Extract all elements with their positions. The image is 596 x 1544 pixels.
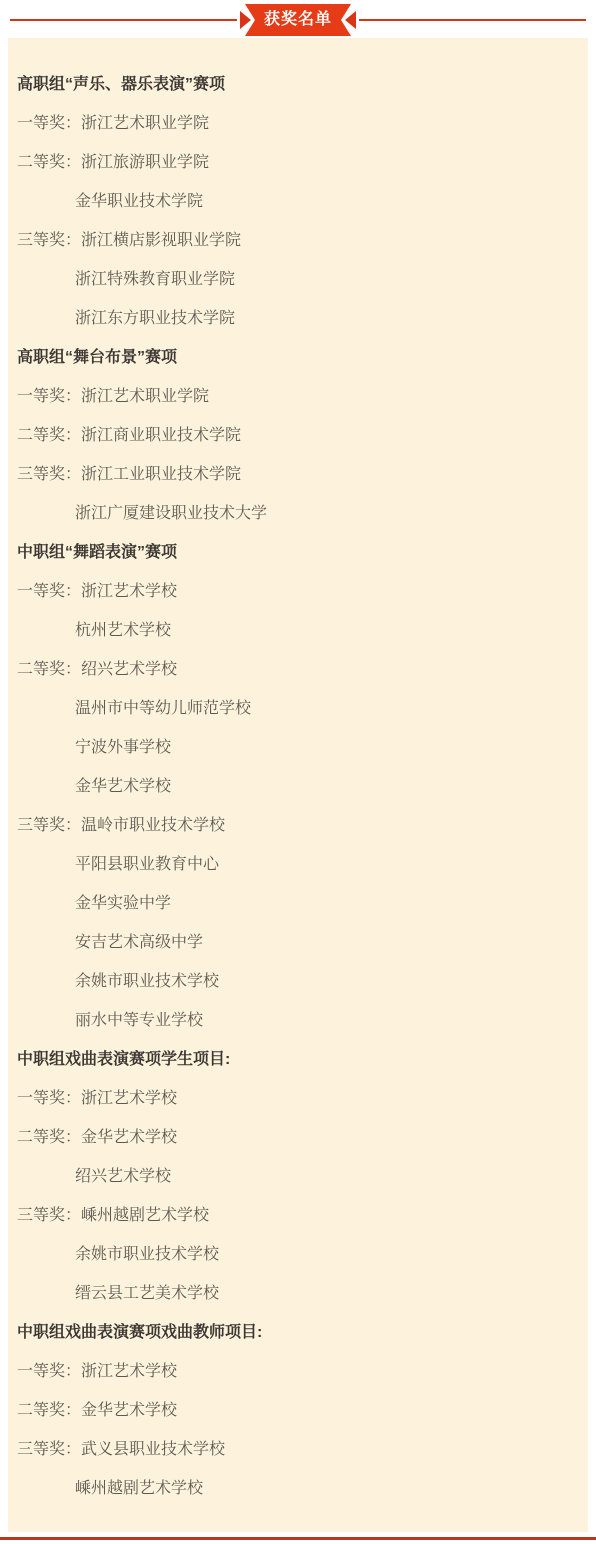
award-row: 余姚市职业技术学校 (17, 960, 572, 999)
award-row: 一等奖：浙江艺术学校 (17, 570, 572, 609)
divider-line-right (359, 19, 586, 21)
award-row: 三等奖：浙江横店影视职业学院 (17, 219, 572, 258)
award-row: 嵊州越剧艺术学校 (17, 1467, 572, 1506)
award-rank-label: 二等奖： (17, 149, 81, 172)
school-name: 浙江艺术职业学院 (81, 383, 209, 406)
section-heading: 高职组“舞台布景”赛项 (17, 336, 572, 375)
award-row: 浙江东方职业技术学院 (17, 297, 572, 336)
school-name: 嵊州越剧艺术学校 (81, 1202, 209, 1225)
award-row: 缙云县工艺美术学校 (17, 1272, 572, 1311)
school-name: 武义县职业技术学校 (81, 1436, 225, 1459)
school-name: 金华职业技术学院 (75, 188, 203, 211)
school-name: 温岭市职业技术学校 (81, 812, 225, 835)
award-row: 丽水中等专业学校 (17, 999, 572, 1038)
award-rank-label: 一等奖： (17, 383, 81, 406)
award-row: 三等奖：嵊州越剧艺术学校 (17, 1194, 572, 1233)
banner-title: 获奖名单 (264, 12, 332, 28)
award-rank-label: 一等奖： (17, 578, 81, 601)
school-name: 浙江艺术学校 (81, 578, 177, 601)
school-name: 丽水中等专业学校 (75, 1007, 203, 1030)
bottom-divider (0, 1537, 596, 1540)
award-rank-label: 三等奖： (17, 1436, 81, 1459)
award-row: 温州市中等幼儿师范学校 (17, 687, 572, 726)
school-name: 温州市中等幼儿师范学校 (75, 695, 251, 718)
award-row: 金华职业技术学院 (17, 180, 572, 219)
award-rank-label: 二等奖： (17, 422, 81, 445)
school-name: 浙江特殊教育职业学院 (75, 266, 235, 289)
award-row: 三等奖：武义县职业技术学校 (17, 1428, 572, 1467)
award-rank-label: 三等奖： (17, 812, 81, 835)
award-row: 浙江特殊教育职业学院 (17, 258, 572, 297)
award-row: 二等奖：金华艺术学校 (17, 1389, 572, 1428)
section-heading: 中职组戏曲表演赛项戏曲教师项目: (17, 1311, 572, 1350)
award-row: 一等奖：浙江艺术职业学院 (17, 375, 572, 414)
school-name: 金华艺术学校 (81, 1397, 177, 1420)
school-name: 金华艺术学校 (75, 773, 171, 796)
school-name: 浙江旅游职业学院 (81, 149, 209, 172)
section-heading: 高职组“声乐、器乐表演”赛项 (17, 63, 572, 102)
award-rank-label: 一等奖： (17, 1358, 81, 1381)
award-row: 二等奖：绍兴艺术学校 (17, 648, 572, 687)
school-name: 平阳县职业教育中心 (75, 851, 219, 874)
award-row: 二等奖：浙江商业职业技术学院 (17, 414, 572, 453)
divider-line-left (10, 19, 237, 21)
award-row: 一等奖：浙江艺术学校 (17, 1350, 572, 1389)
school-name: 宁波外事学校 (75, 734, 171, 757)
award-banner: 获奖名单 (0, 0, 596, 38)
award-row: 宁波外事学校 (17, 726, 572, 765)
award-row: 杭州艺术学校 (17, 609, 572, 648)
school-name: 嵊州越剧艺术学校 (75, 1475, 203, 1498)
school-name: 绍兴艺术学校 (75, 1163, 171, 1186)
school-name: 绍兴艺术学校 (81, 656, 177, 679)
school-name: 金华艺术学校 (81, 1124, 177, 1147)
section-heading: 中职组戏曲表演赛项学生项目: (17, 1038, 572, 1077)
award-rank-label: 一等奖： (17, 1085, 81, 1108)
award-row: 三等奖：温岭市职业技术学校 (17, 804, 572, 843)
ribbon-badge: 获奖名单 (245, 4, 351, 36)
award-row: 余姚市职业技术学校 (17, 1233, 572, 1272)
arrow-left-icon (345, 11, 356, 29)
award-row: 金华实验中学 (17, 882, 572, 921)
award-row: 安吉艺术高级中学 (17, 921, 572, 960)
school-name: 浙江横店影视职业学院 (81, 227, 241, 250)
school-name: 余姚市职业技术学校 (75, 968, 219, 991)
award-row: 二等奖：金华艺术学校 (17, 1116, 572, 1155)
school-name: 浙江艺术学校 (81, 1358, 177, 1381)
award-row: 平阳县职业教育中心 (17, 843, 572, 882)
award-rank-label: 三等奖： (17, 1202, 81, 1225)
award-rank-label: 二等奖： (17, 1124, 81, 1147)
school-name: 浙江艺术学校 (81, 1085, 177, 1108)
award-rank-label: 三等奖： (17, 461, 81, 484)
school-name: 杭州艺术学校 (75, 617, 171, 640)
section-heading: 中职组“舞蹈表演”赛项 (17, 531, 572, 570)
award-row: 三等奖：浙江工业职业技术学院 (17, 453, 572, 492)
award-row: 一等奖：浙江艺术学校 (17, 1077, 572, 1116)
school-name: 浙江商业职业技术学院 (81, 422, 241, 445)
school-name: 浙江东方职业技术学院 (75, 305, 235, 328)
award-rank-label: 二等奖： (17, 656, 81, 679)
school-name: 金华实验中学 (75, 890, 171, 913)
award-rank-label: 三等奖： (17, 227, 81, 250)
school-name: 浙江艺术职业学院 (81, 110, 209, 133)
award-rank-label: 二等奖： (17, 1397, 81, 1420)
award-row: 二等奖：浙江旅游职业学院 (17, 141, 572, 180)
award-row: 浙江广厦建设职业技术大学 (17, 492, 572, 531)
award-list-card: 高职组“声乐、器乐表演”赛项一等奖：浙江艺术职业学院二等奖：浙江旅游职业学院金华… (8, 38, 588, 1532)
school-name: 安吉艺术高级中学 (75, 929, 203, 952)
school-name: 浙江广厦建设职业技术大学 (75, 500, 267, 523)
school-name: 浙江工业职业技术学院 (81, 461, 241, 484)
award-row: 一等奖：浙江艺术职业学院 (17, 102, 572, 141)
school-name: 缙云县工艺美术学校 (75, 1280, 219, 1303)
award-row: 金华艺术学校 (17, 765, 572, 804)
award-row: 绍兴艺术学校 (17, 1155, 572, 1194)
award-rank-label: 一等奖： (17, 110, 81, 133)
school-name: 余姚市职业技术学校 (75, 1241, 219, 1264)
arrow-right-icon (240, 11, 251, 29)
